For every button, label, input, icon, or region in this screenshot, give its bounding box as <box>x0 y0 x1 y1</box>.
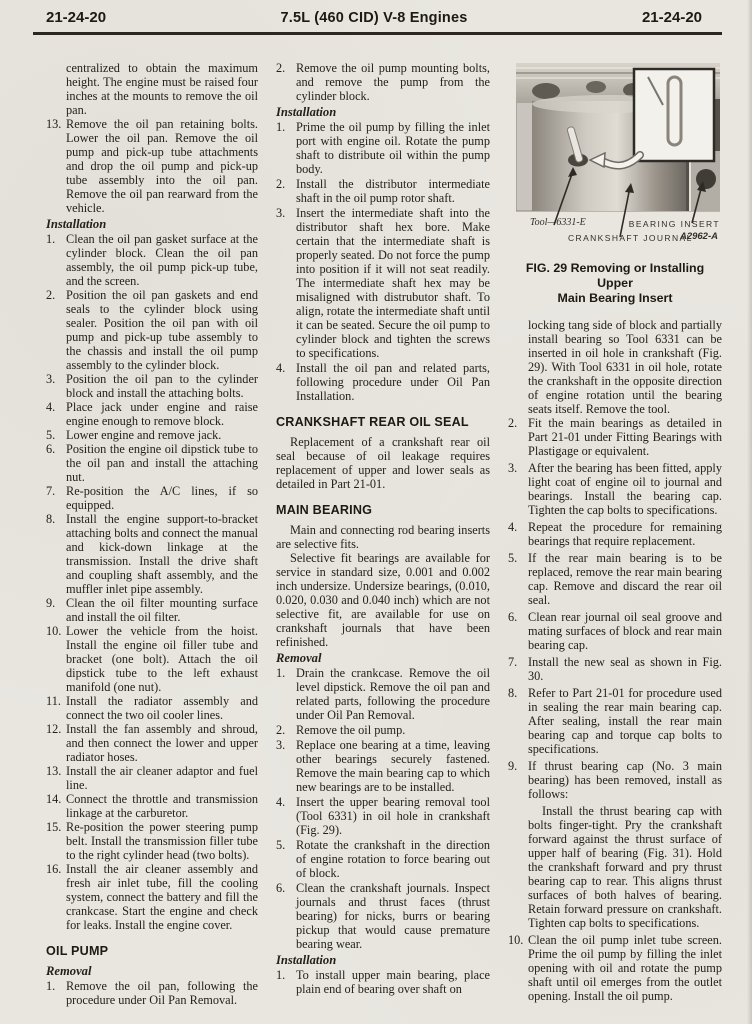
list-item: 2.Fit the main bearings as detailed in P… <box>508 416 722 458</box>
item-text: Connect the throttle and transmission li… <box>66 792 258 820</box>
item-text: Drain the crankcase. Remove the oil leve… <box>296 666 490 722</box>
list-item: 2.Install the distributor intermediate s… <box>276 177 490 205</box>
item-number: 2. <box>276 61 296 75</box>
list-item: 10.Lower the vehicle from the hoist. Ins… <box>46 624 258 694</box>
list-item: 9.If thrust bearing cap (No. 3 main bear… <box>508 759 722 801</box>
item-text: Repeat the procedure for remaining beari… <box>528 520 722 548</box>
list-item: 3.Position the oil pan to the cylinder b… <box>46 372 258 400</box>
indented-paragraph: Install the thrust bearing cap with bolt… <box>528 804 722 930</box>
figure-photo: Tool—6331-E BEARING INSERT CRANKSHAFT JO… <box>516 63 720 251</box>
item-number: 10. <box>508 933 528 947</box>
item-text: Install the engine support-to-bracket at… <box>66 512 258 596</box>
item-text: Place jack under engine and raise engine… <box>66 400 258 428</box>
list-item: 13.Install the air cleaner adaptor and f… <box>46 764 258 792</box>
item-number: 8. <box>508 686 528 700</box>
list-item: 5.Rotate the crankshaft in the direction… <box>276 838 490 880</box>
item-text: Rotate the crankshaft in the direction o… <box>296 838 490 880</box>
paragraph: Replacement of a crankshaft rear oil sea… <box>276 435 490 491</box>
item-number: 13. <box>46 117 66 131</box>
list-item: 1.Prime the oil pump by filling the inle… <box>276 120 490 176</box>
item-text: If the rear main bearing is to be replac… <box>528 551 722 607</box>
item-number: 6. <box>46 442 66 456</box>
list-item: 3.Replace one bearing at a time, leaving… <box>276 738 490 794</box>
page-number-left: 21-24-20 <box>46 9 106 26</box>
list-item: 5.Lower engine and remove jack. <box>46 428 258 442</box>
item-number: 1. <box>46 979 66 993</box>
paragraph: Selective fit bearings are available for… <box>276 551 490 649</box>
procedure-subheading: Removal <box>276 651 490 665</box>
list-item: 15.Re-position the power steering pump b… <box>46 820 258 862</box>
list-item: 3.After the bearing has been fitted, app… <box>508 461 722 517</box>
procedure-subheading: Installation <box>276 953 490 967</box>
item-text: Replace one bearing at a time, leaving o… <box>296 738 490 794</box>
item-text: If thrust bearing cap (No. 3 main bearin… <box>528 759 722 801</box>
list-item: 1.Drain the crankcase. Remove the oil le… <box>276 666 490 722</box>
item-text: Lower the vehicle from the hoist. Instal… <box>66 624 258 694</box>
list-item: 5.If the rear main bearing is to be repl… <box>508 551 722 607</box>
item-text: Insert the intermediate shaft into the d… <box>296 206 490 360</box>
item-number: 1. <box>276 120 296 134</box>
item-text: Remove the oil pump. <box>296 723 405 737</box>
list-item: 10.Clean the oil pump inlet tube screen.… <box>508 933 722 1003</box>
list-item: 8.Install the engine support-to-bracket … <box>46 512 258 596</box>
list-item: 3.Insert the intermediate shaft into the… <box>276 206 490 360</box>
list-item: 7.Install the new seal as shown in Fig. … <box>508 655 722 683</box>
item-number: 2. <box>46 288 66 302</box>
list-item: 8.Refer to Part 21-01 for procedure used… <box>508 686 722 756</box>
page-title: 7.5L (460 CID) V-8 Engines <box>280 10 467 26</box>
figure-label-bearing-insert: BEARING INSERT <box>629 217 720 231</box>
figure-label-crankshaft-journal: CRANKSHAFT JOURNAL <box>568 231 693 245</box>
item-number: 16. <box>46 862 66 876</box>
item-number: 13. <box>46 764 66 778</box>
list-item: 4.Install the oil pan and related parts,… <box>276 361 490 403</box>
section-heading: MAIN BEARING <box>276 503 490 517</box>
item-number: 6. <box>508 610 528 624</box>
list-item: 13.Remove the oil pan retaining bolts. L… <box>46 117 258 215</box>
item-text: Position the oil pan to the cylinder blo… <box>66 372 258 400</box>
item-number: 2. <box>276 177 296 191</box>
figure-caption: FIG. 29 Removing or Installing Upper Mai… <box>508 261 722 306</box>
item-text: Prime the oil pump by filling the inlet … <box>296 120 490 176</box>
item-number: 5. <box>508 551 528 565</box>
item-text: Refer to Part 21-01 for procedure used i… <box>528 686 722 756</box>
item-number: 7. <box>46 484 66 498</box>
figure-29: Tool—6331-E BEARING INSERT CRANKSHAFT JO… <box>508 63 722 306</box>
list-item: 4.Insert the upper bearing removal tool … <box>276 795 490 837</box>
section-heading: CRANKSHAFT REAR OIL SEAL <box>276 415 490 429</box>
item-text: Install the fan assembly and shroud, and… <box>66 722 258 764</box>
list-item: 11.Install the radiator assembly and con… <box>46 694 258 722</box>
page-number-right: 21-24-20 <box>642 9 702 26</box>
figure-label-tool: Tool—6331-E <box>530 216 586 230</box>
item-number: 4. <box>276 361 296 375</box>
item-text: Re-position the A/C lines, if so equippe… <box>66 484 258 512</box>
list-item: 9.Clean the oil filter mounting surface … <box>46 596 258 624</box>
item-number: 6. <box>276 881 296 895</box>
procedure-subheading: Removal <box>46 964 258 978</box>
list-item: 2.Remove the oil pump mounting bolts, an… <box>276 61 490 103</box>
item-number: 4. <box>508 520 528 534</box>
item-text: Remove the oil pump mounting bolts, and … <box>296 61 490 103</box>
item-number: 12. <box>46 722 66 736</box>
item-text: Install the radiator assembly and connec… <box>66 694 258 722</box>
list-item: 6.Clean the crankshaft journals. Inspect… <box>276 881 490 951</box>
content-columns: centralized to obtain the maximum height… <box>0 35 752 1007</box>
item-text: Remove the oil pan, following the proced… <box>66 979 258 1007</box>
column-2: 2.Remove the oil pump mounting bolts, an… <box>276 61 490 1007</box>
section-heading: OIL PUMP <box>46 944 258 958</box>
list-item: 1.Clean the oil pan gasket surface at th… <box>46 232 258 288</box>
item-text: Position the engine oil dipstick tube to… <box>66 442 258 484</box>
list-item: 1.Remove the oil pan, following the proc… <box>46 979 258 1007</box>
list-item: 4.Repeat the procedure for remaining bea… <box>508 520 722 548</box>
item-number: 3. <box>46 372 66 386</box>
item-text: Install the oil pan and related parts, f… <box>296 361 490 403</box>
item-number: 3. <box>276 738 296 752</box>
item-text: Clean the oil pan gasket surface at the … <box>66 232 258 288</box>
item-text: After the bearing has been fitted, apply… <box>528 461 722 517</box>
item-number: 10. <box>46 624 66 638</box>
item-text: Clean rear journal oil seal groove and m… <box>528 610 722 652</box>
page-header: 21-24-20 7.5L (460 CID) V-8 Engines 21-2… <box>0 0 752 26</box>
procedure-subheading: Installation <box>46 217 258 231</box>
item-number: 3. <box>508 461 528 475</box>
item-number: 4. <box>276 795 296 809</box>
item-number: 7. <box>508 655 528 669</box>
list-item: 6.Position the engine oil dipstick tube … <box>46 442 258 484</box>
item-text: Install the air cleaner assembly and fre… <box>66 862 258 932</box>
item-number: 5. <box>276 838 296 852</box>
item-number: 9. <box>46 596 66 610</box>
item-number: 1. <box>276 666 296 680</box>
item-number: 5. <box>46 428 66 442</box>
manual-page: { "header": { "page_left": "21-24-20", "… <box>0 0 752 1024</box>
list-item: 2.Position the oil pan gaskets and end s… <box>46 288 258 372</box>
item-text: Fit the main bearings as detailed in Par… <box>528 416 722 458</box>
item-number: 3. <box>276 206 296 220</box>
item-text: Clean the oil pump inlet tube screen. Pr… <box>528 933 722 1003</box>
list-item: 14.Connect the throttle and transmission… <box>46 792 258 820</box>
item-number: 15. <box>46 820 66 834</box>
paragraph: Main and connecting rod bearing inserts … <box>276 523 490 551</box>
item-text: Remove the oil pan retaining bolts. Lowe… <box>66 117 258 215</box>
item-number: 9. <box>508 759 528 773</box>
list-item: 2.Remove the oil pump. <box>276 723 490 737</box>
item-text: Clean the oil filter mounting surface an… <box>66 596 258 624</box>
item-number: 2. <box>508 416 528 430</box>
figure-caption-line1: FIG. 29 Removing or Installing Upper <box>508 261 722 291</box>
item-text: Position the oil pan gaskets and end sea… <box>66 288 258 372</box>
item-number: 11. <box>46 694 66 708</box>
item-text: Insert the upper bearing removal tool (T… <box>296 795 490 837</box>
item-text: Re-position the power steering pump belt… <box>66 820 258 862</box>
item-text: To install upper main bearing, place pla… <box>296 968 490 996</box>
procedure-subheading: Installation <box>276 105 490 119</box>
continuation-paragraph: locking tang side of block and partially… <box>528 318 722 416</box>
figure-caption-line2: Main Bearing Insert <box>508 291 722 306</box>
item-number: 1. <box>46 232 66 246</box>
item-number: 2. <box>276 723 296 737</box>
item-number: 8. <box>46 512 66 526</box>
continuation-paragraph: centralized to obtain the maximum height… <box>66 61 258 117</box>
item-text: Lower engine and remove jack. <box>66 428 221 442</box>
column-3: Tool—6331-E BEARING INSERT CRANKSHAFT JO… <box>508 61 722 1007</box>
item-number: 14. <box>46 792 66 806</box>
column-1: centralized to obtain the maximum height… <box>46 61 258 1007</box>
item-text: Install the air cleaner adaptor and fuel… <box>66 764 258 792</box>
item-number: 1. <box>276 968 296 982</box>
figure-label-code: A2962-A <box>680 230 718 244</box>
list-item: 7.Re-position the A/C lines, if so equip… <box>46 484 258 512</box>
item-text: Install the distributor intermediate sha… <box>296 177 490 205</box>
item-text: Clean the crankshaft journals. Inspect j… <box>296 881 490 951</box>
list-item: 1.To install upper main bearing, place p… <box>276 968 490 996</box>
list-item: 12.Install the fan assembly and shroud, … <box>46 722 258 764</box>
list-item: 16.Install the air cleaner assembly and … <box>46 862 258 932</box>
list-item: 6.Clean rear journal oil seal groove and… <box>508 610 722 652</box>
list-item: 4.Place jack under engine and raise engi… <box>46 400 258 428</box>
item-number: 4. <box>46 400 66 414</box>
item-text: Install the new seal as shown in Fig. 30… <box>528 655 722 683</box>
